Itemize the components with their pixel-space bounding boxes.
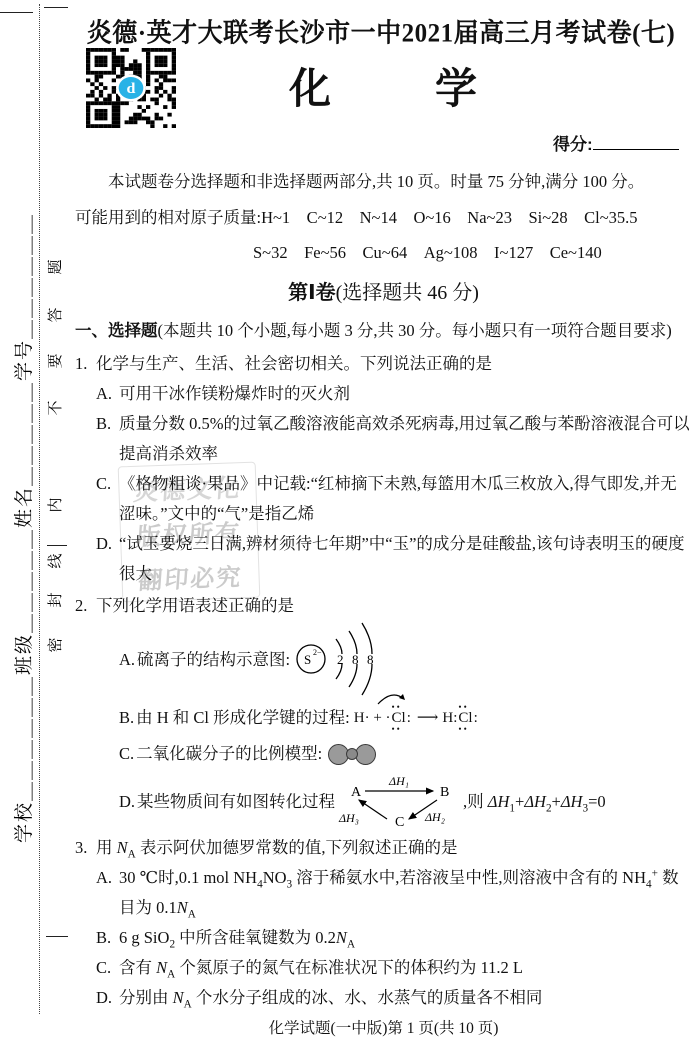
option-text: 6 g SiO2 中所含硅氧键数为 0.2NA — [119, 928, 355, 947]
option-label: A. — [96, 863, 112, 893]
score-label: 得分: — [553, 135, 593, 154]
q1-option-a: A. 可用干冰作镁粉爆炸时的灭火剂 — [75, 379, 692, 409]
q3-option-a: A. 30 ℃时,0.1 mol NH4NO3 溶于稀氨水中,若溶液呈中性,则溶… — [75, 863, 692, 923]
co2-space-filling-model — [328, 744, 376, 765]
delta-h1-label: ΔH₁ — [388, 774, 409, 788]
option-label: B. — [96, 409, 111, 439]
subject-char-2: 学 — [435, 65, 477, 112]
question-number: 2. — [75, 591, 87, 621]
option-text: 硫离子的结构示意图: — [137, 645, 290, 675]
margin-top-line-left — [0, 12, 33, 13]
lone-pair: : — [407, 703, 411, 733]
option-text-suffix: ,则 ΔH1+ΔH2+ΔH3=0 — [463, 787, 606, 817]
plus-sign: + — [373, 703, 381, 733]
option-label: C. — [96, 469, 111, 499]
sulfide-ion-structure-diagram: S 2− 2 8 8 — [294, 621, 392, 699]
shell-electron-count: 2 — [337, 652, 344, 667]
lone-pair: : — [474, 703, 478, 733]
seal-dotted-line — [39, 4, 40, 1014]
option-label: D. — [119, 787, 135, 817]
option-label: D. — [96, 983, 112, 1013]
q3-option-b: B. 6 g SiO2 中所含硅氧键数为 0.2NA — [75, 923, 692, 953]
question-number: 3. — [75, 833, 87, 863]
bond-formation-equation: H· + ·Cl:⟶H:Cl: — [354, 703, 478, 733]
ion-charge: 2− — [313, 648, 322, 657]
question-3-stem: 3. 用 NA 表示阿伏加德罗常数的值,下列叙述正确的是 — [75, 833, 692, 863]
q3-option-d: D. 分别由 NA 个水分子组成的冰、水、水蒸气的质量各不相同 — [75, 983, 692, 1013]
part-heading: 一、选择题(本题共 10 个小题,每小题 3 分,共 30 分。每小题只有一项符… — [75, 315, 692, 347]
option-text: 质量分数 0.5%的过氧乙酸溶液能高效杀死病毒,用过氧乙酸与苯酚溶液混合可以提高… — [119, 414, 690, 463]
subject-title: 化学 — [75, 56, 691, 116]
q2-option-b: B. 由 H 和 Cl 形成化学键的过程: H· + ·Cl:⟶H:Cl: — [75, 699, 692, 737]
q1-option-b: B. 质量分数 0.5%的过氧乙酸溶液能高效杀死病毒,用过氧乙酸与苯酚溶液混合可… — [75, 409, 692, 469]
conversion-cycle-diagram: A B C ΔH₁ ΔH₂ ΔH₃ — [337, 774, 461, 830]
delta-h2-label: ΔH₂ — [424, 810, 445, 824]
subject-char-1: 化 — [289, 65, 331, 112]
seal-char: 题 — [47, 258, 65, 276]
score-field: 得分: — [553, 130, 679, 155]
option-label: B. — [119, 703, 134, 733]
section-title-bold: 第Ⅰ卷 — [288, 282, 335, 304]
exam-body: 本试题卷分选择题和非选择题两部分,共 10 页。时量 75 分钟,满分 100 … — [75, 166, 692, 1013]
seal-char: 答 — [47, 306, 65, 324]
option-text: 含有 NA 个氮原子的氮气在标准状况下的体积约为 11.2 L — [119, 958, 523, 977]
atomic-masses-values-1: H~1 C~12 N~14 O~16 Na~23 Si~28 Cl~35.5 — [261, 208, 637, 227]
cl-atom: Cl — [392, 710, 406, 726]
shell-electron-count: 8 — [352, 652, 359, 667]
oxygen-ball — [355, 744, 376, 765]
option-label: C. — [119, 739, 134, 769]
option-text: “试玉要烧三日满,辨材须待七年期”中“玉”的成分是硅酸盐,该句诗表明玉的硬度很大 — [119, 534, 685, 583]
q1-option-d: D. “试玉要烧三日满,辨材须待七年期”中“玉”的成分是硅酸盐,该句诗表明玉的硬… — [75, 529, 692, 589]
question-stem-text: 化学与生产、生活、社会密切相关。下列说法正确的是 — [96, 354, 492, 373]
option-label: C. — [96, 953, 111, 983]
option-text: 由 H 和 Cl 形成化学键的过程: — [136, 703, 350, 733]
option-label: A. — [96, 379, 112, 409]
option-text: 二氧化碳分子的比例模型: — [136, 739, 322, 769]
exam-header-title: 炎德·英才大联考长沙市一中2021届高三月考试卷(七) — [70, 12, 692, 49]
option-text: 分别由 NA 个水分子组成的冰、水、水蒸气的质量各不相同 — [119, 988, 542, 1007]
atomic-masses-label: 可能用到的相对原子质量: — [75, 208, 261, 227]
seal-char: 不 — [47, 399, 65, 417]
q2-option-d: D. 某些物质间有如图转化过程 A B C ΔH₁ ΔH₂ ΔH₃ ,则 ΔH1… — [75, 771, 692, 833]
h-atom: H — [442, 703, 453, 733]
seal-bottom-line — [46, 936, 68, 937]
margin-top-line-right — [44, 7, 68, 8]
ion-symbol: S — [304, 652, 311, 667]
seal-margin: 学校＿＿＿＿＿＿班级＿＿＿＿＿姓名＿＿＿＿＿学号＿＿＿＿＿＿ 密 封 线 内 不… — [0, 0, 72, 1049]
part-heading-rest: (本题共 10 个小题,每小题 3 分,共 30 分。每小题只有一项符合题目要求… — [158, 321, 672, 340]
cl-atom: Cl — [458, 710, 472, 726]
seal-char: 要 — [47, 352, 65, 370]
option-label: D. — [96, 529, 112, 559]
exam-intro: 本试题卷分选择题和非选择题两部分,共 10 页。时量 75 分钟,满分 100 … — [75, 166, 692, 198]
seal-mid-line — [47, 545, 67, 546]
q3-option-c: C. 含有 NA 个氮原子的氮气在标准状况下的体积约为 11.2 L — [75, 953, 692, 983]
section-title: 第Ⅰ卷(选择题共 46 分) — [75, 278, 692, 308]
question-stem-text: 用 NA 表示阿伏加德罗常数的值,下列叙述正确的是 — [96, 838, 458, 857]
option-text: 30 ℃时,0.1 mol NH4NO3 溶于稀氨水中,若溶液呈中性,则溶液中含… — [119, 868, 679, 917]
option-label: B. — [96, 923, 111, 953]
q2-option-c: C. 二氧化碳分子的比例模型: — [75, 737, 692, 771]
option-text: 可用干冰作镁粉爆炸时的灭火剂 — [119, 384, 350, 403]
question-stem-text: 下列化学用语表述正确的是 — [96, 596, 294, 615]
seal-char: 封 — [47, 591, 65, 609]
section-title-rest: (选择题共 46 分) — [336, 282, 479, 304]
question-1-stem: 1. 化学与生产、生活、社会密切相关。下列说法正确的是 — [75, 349, 692, 379]
seal-char: 内 — [47, 496, 65, 514]
reaction-arrow: ⟶ — [417, 703, 437, 733]
seal-char: 线 — [47, 552, 65, 570]
atomic-masses-line1: 可能用到的相对原子质量:H~1 C~12 N~14 O~16 Na~23 Si~… — [75, 202, 692, 234]
node-c: C — [395, 815, 404, 830]
node-b: B — [440, 785, 449, 800]
seal-char: 密 — [47, 636, 65, 654]
score-blank-line — [593, 134, 679, 150]
option-label: A. — [119, 645, 135, 675]
q2-option-a: A. 硫离子的结构示意图: S 2− 2 8 8 — [75, 621, 692, 699]
page-footer: 化学试题(一中版)第 1 页(共 10 页) — [75, 1016, 692, 1038]
student-info-fields: 学校＿＿＿＿＿＿班级＿＿＿＿＿姓名＿＿＿＿＿学号＿＿＿＿＿＿ — [9, 53, 36, 843]
question-2-stem: 2. 下列化学用语表述正确的是 — [75, 591, 692, 621]
q1-option-c: C. 《格物粗谈·果品》中记载:“红柿摘下未熟,每篮用木瓜三枚放入,得气即发,并… — [75, 469, 692, 529]
node-a: A — [351, 785, 362, 800]
part-heading-bold: 一、选择题 — [75, 322, 158, 340]
question-number: 1. — [75, 349, 87, 379]
delta-h3-label: ΔH₃ — [338, 811, 359, 825]
option-text: 《格物粗谈·果品》中记载:“红柿摘下未熟,每篮用木瓜三枚放入,得气即发,并无涩味… — [119, 474, 677, 523]
shell-electron-count: 8 — [367, 652, 374, 667]
h-atom: H· — [354, 703, 370, 733]
atomic-masses-line2: S~32 Fe~56 Cu~64 Ag~108 I~127 Ce~140 — [75, 237, 692, 269]
option-text: 某些物质间有如图转化过程 — [137, 787, 335, 817]
